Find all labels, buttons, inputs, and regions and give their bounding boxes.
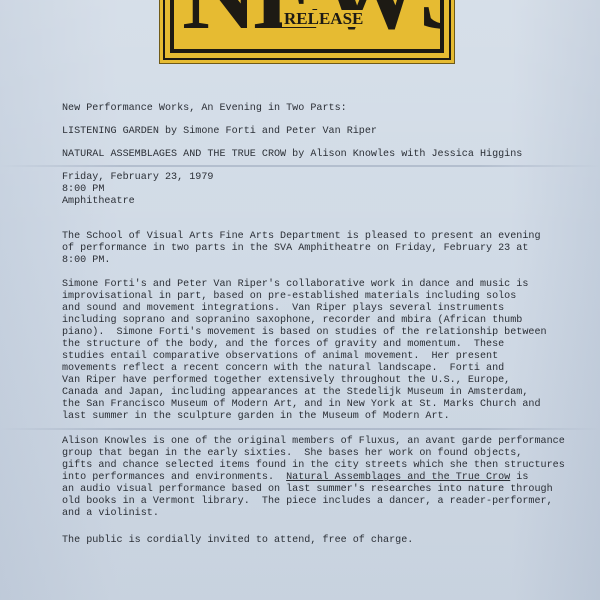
text-line: into performances and environments. Natu… [62,472,528,484]
text-line: 8:00 PM. [62,255,110,267]
text-line: Alison Knowles is one of the original me… [62,436,565,448]
logo-frame: NEWS RELEASE [170,0,444,53]
text-line: and sound and movement integrations. Van… [62,303,504,315]
text-line: last summer in the sculpture garden in t… [62,411,450,423]
event-venue: Amphitheatre [62,196,135,208]
paper-page: NEWS RELEASE New Performance Works, An E… [0,0,600,600]
text-line: Simone Forti's and Peter Van Riper's col… [62,279,528,291]
program-item-listening-garden: LISTENING GARDEN by Simone Forti and Pet… [62,126,377,138]
text-line: an audio visual performance based on las… [62,484,553,496]
text-line: the San Francisco Museum of Modern Art, … [62,399,541,411]
event-date: Friday, February 23, 1979 [62,172,213,184]
text-line: movements reflect a recent concern with … [62,363,504,375]
fold-line [0,165,600,167]
text-line: including soprano and sopranino saxophon… [62,315,522,327]
text-line: The School of Visual Arts Fine Arts Depa… [62,231,541,243]
underlined-title: Natural Assemblages and the True Crow [286,472,510,483]
text-line: of performance in two parts in the SVA A… [62,243,528,255]
text-line: group that began in the early sixties. S… [62,448,522,460]
text-line: gifts and chance selected items found in… [62,460,565,472]
closing-statement: The public is cordially invited to atten… [62,535,413,547]
program-item-natural-assemblages: NATURAL ASSEMBLAGES AND THE TRUE CROW by… [62,149,522,161]
text-segment: into performances and environments. [62,472,286,483]
text-segment: is [510,472,528,483]
text-line: Canada and Japan, including appearances … [62,387,528,399]
event-time: 8:00 PM [62,184,104,196]
text-line: old books in a Vermont library. The piec… [62,496,553,508]
fold-line [0,428,600,430]
logo-release-word: RELEASE [282,10,365,27]
document-heading: New Performance Works, An Evening in Two… [62,103,347,115]
text-line: and a violinist. [62,508,159,520]
text-line: studies entail comparative observations … [62,351,498,363]
text-line: improvisational in part, based on pre-es… [62,291,516,303]
news-release-logo: NEWS RELEASE [163,0,451,60]
text-line: the structure of the body, and the force… [62,339,504,351]
text-line: piano). Simone Forti's movement is based… [62,327,547,339]
text-line: Van Riper have performed together extens… [62,375,510,387]
